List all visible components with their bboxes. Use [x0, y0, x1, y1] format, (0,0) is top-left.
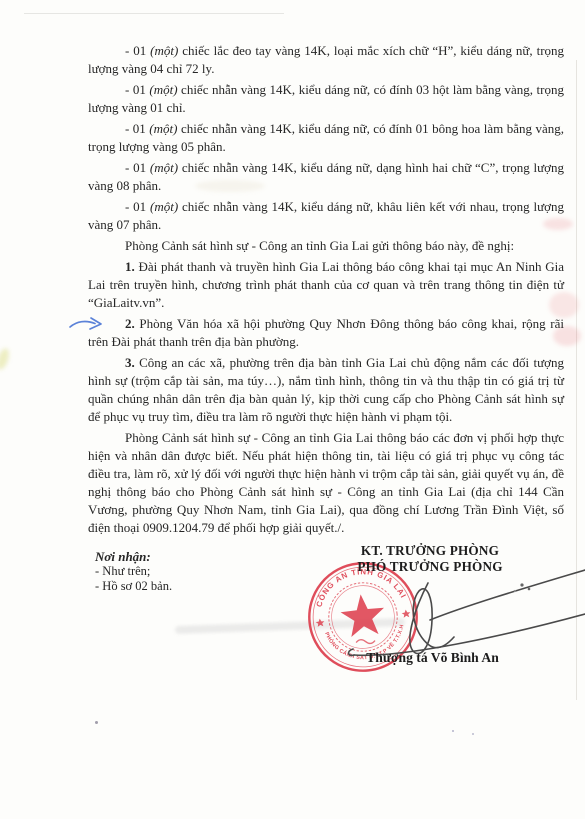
notice-line: Phòng Cảnh sát hình sự - Công an tỉnh Gi…	[88, 237, 564, 255]
request-item-2: 2. Phòng Văn hóa xã hội phường Quy Nhơn …	[88, 315, 564, 351]
signer-name: Thượng tá Võ Bình An	[350, 650, 515, 666]
document-body-text: - 01 (một) chiếc lắc đeo tay vàng 14K, l…	[88, 42, 564, 540]
recipient-line: - Hồ sơ 02 bản.	[95, 579, 172, 594]
request-number: 2.	[125, 316, 135, 331]
bullet-prefix: - 01	[125, 160, 146, 175]
closing-paragraph: Phòng Cảnh sát hình sự - Công an tỉnh Gi…	[88, 429, 564, 537]
bullet-qualifier: (một)	[149, 121, 177, 136]
bullet-item: - 01 (một) chiếc lắc đeo tay vàng 14K, l…	[88, 42, 564, 78]
request-text: Công an các xã, phường trên địa bàn tỉnh…	[88, 355, 564, 424]
bullet-item: - 01 (một) chiếc nhẫn vàng 14K, kiểu dán…	[88, 159, 564, 195]
scan-speck	[472, 733, 474, 735]
recipient-line: - Như trên;	[95, 564, 172, 579]
bullet-item: - 01 (một) chiếc nhẫn vàng 14K, kiểu dán…	[88, 81, 564, 117]
bullet-item: - 01 (một) chiếc nhẫn vàng 14K, kiểu dán…	[88, 120, 564, 156]
request-item-1: 1. Đài phát thanh và truyền hình Gia Lai…	[88, 258, 564, 312]
scan-speck	[452, 730, 454, 732]
recipients-block: Nơi nhận: - Như trên; - Hồ sơ 02 bản.	[95, 549, 172, 594]
scan-speck	[95, 721, 98, 724]
scan-artifact-line	[24, 13, 284, 14]
signoff-title: KT. TRƯỞNG PHÒNG	[350, 543, 510, 559]
bullet-qualifier: (một)	[149, 82, 177, 97]
bullet-qualifier: (một)	[150, 43, 178, 58]
scanned-document-page: - 01 (một) chiếc lắc đeo tay vàng 14K, l…	[0, 0, 585, 819]
signoff-title-block: KT. TRƯỞNG PHÒNG PHÓ TRƯỞNG PHÒNG	[350, 543, 510, 574]
bullet-qualifier: (một)	[150, 199, 178, 214]
pen-arrow-icon	[68, 312, 110, 338]
request-text: Đài phát thanh và truyền hình Gia Lai th…	[88, 259, 564, 310]
bullet-prefix: - 01	[125, 199, 146, 214]
bullet-prefix: - 01	[125, 43, 146, 58]
signoff-subtitle: PHÓ TRƯỞNG PHÒNG	[350, 559, 510, 575]
bullet-item: - 01 (một) chiếc nhẫn vàng 14K, kiểu dán…	[88, 198, 564, 234]
margin-arrow-annotation	[68, 312, 110, 338]
highlighter-smudge	[0, 347, 11, 371]
recipients-label: Nơi nhận:	[95, 549, 172, 564]
bullet-qualifier: (một)	[150, 160, 178, 175]
request-item-3: 3. Công an các xã, phường trên địa bàn t…	[88, 354, 564, 426]
request-number: 3.	[125, 355, 135, 370]
request-number: 1.	[125, 259, 135, 274]
bullet-prefix: - 01	[125, 82, 146, 97]
request-text: Phòng Văn hóa xã hội phường Quy Nhơn Đôn…	[88, 316, 564, 349]
bullet-prefix: - 01	[125, 121, 146, 136]
